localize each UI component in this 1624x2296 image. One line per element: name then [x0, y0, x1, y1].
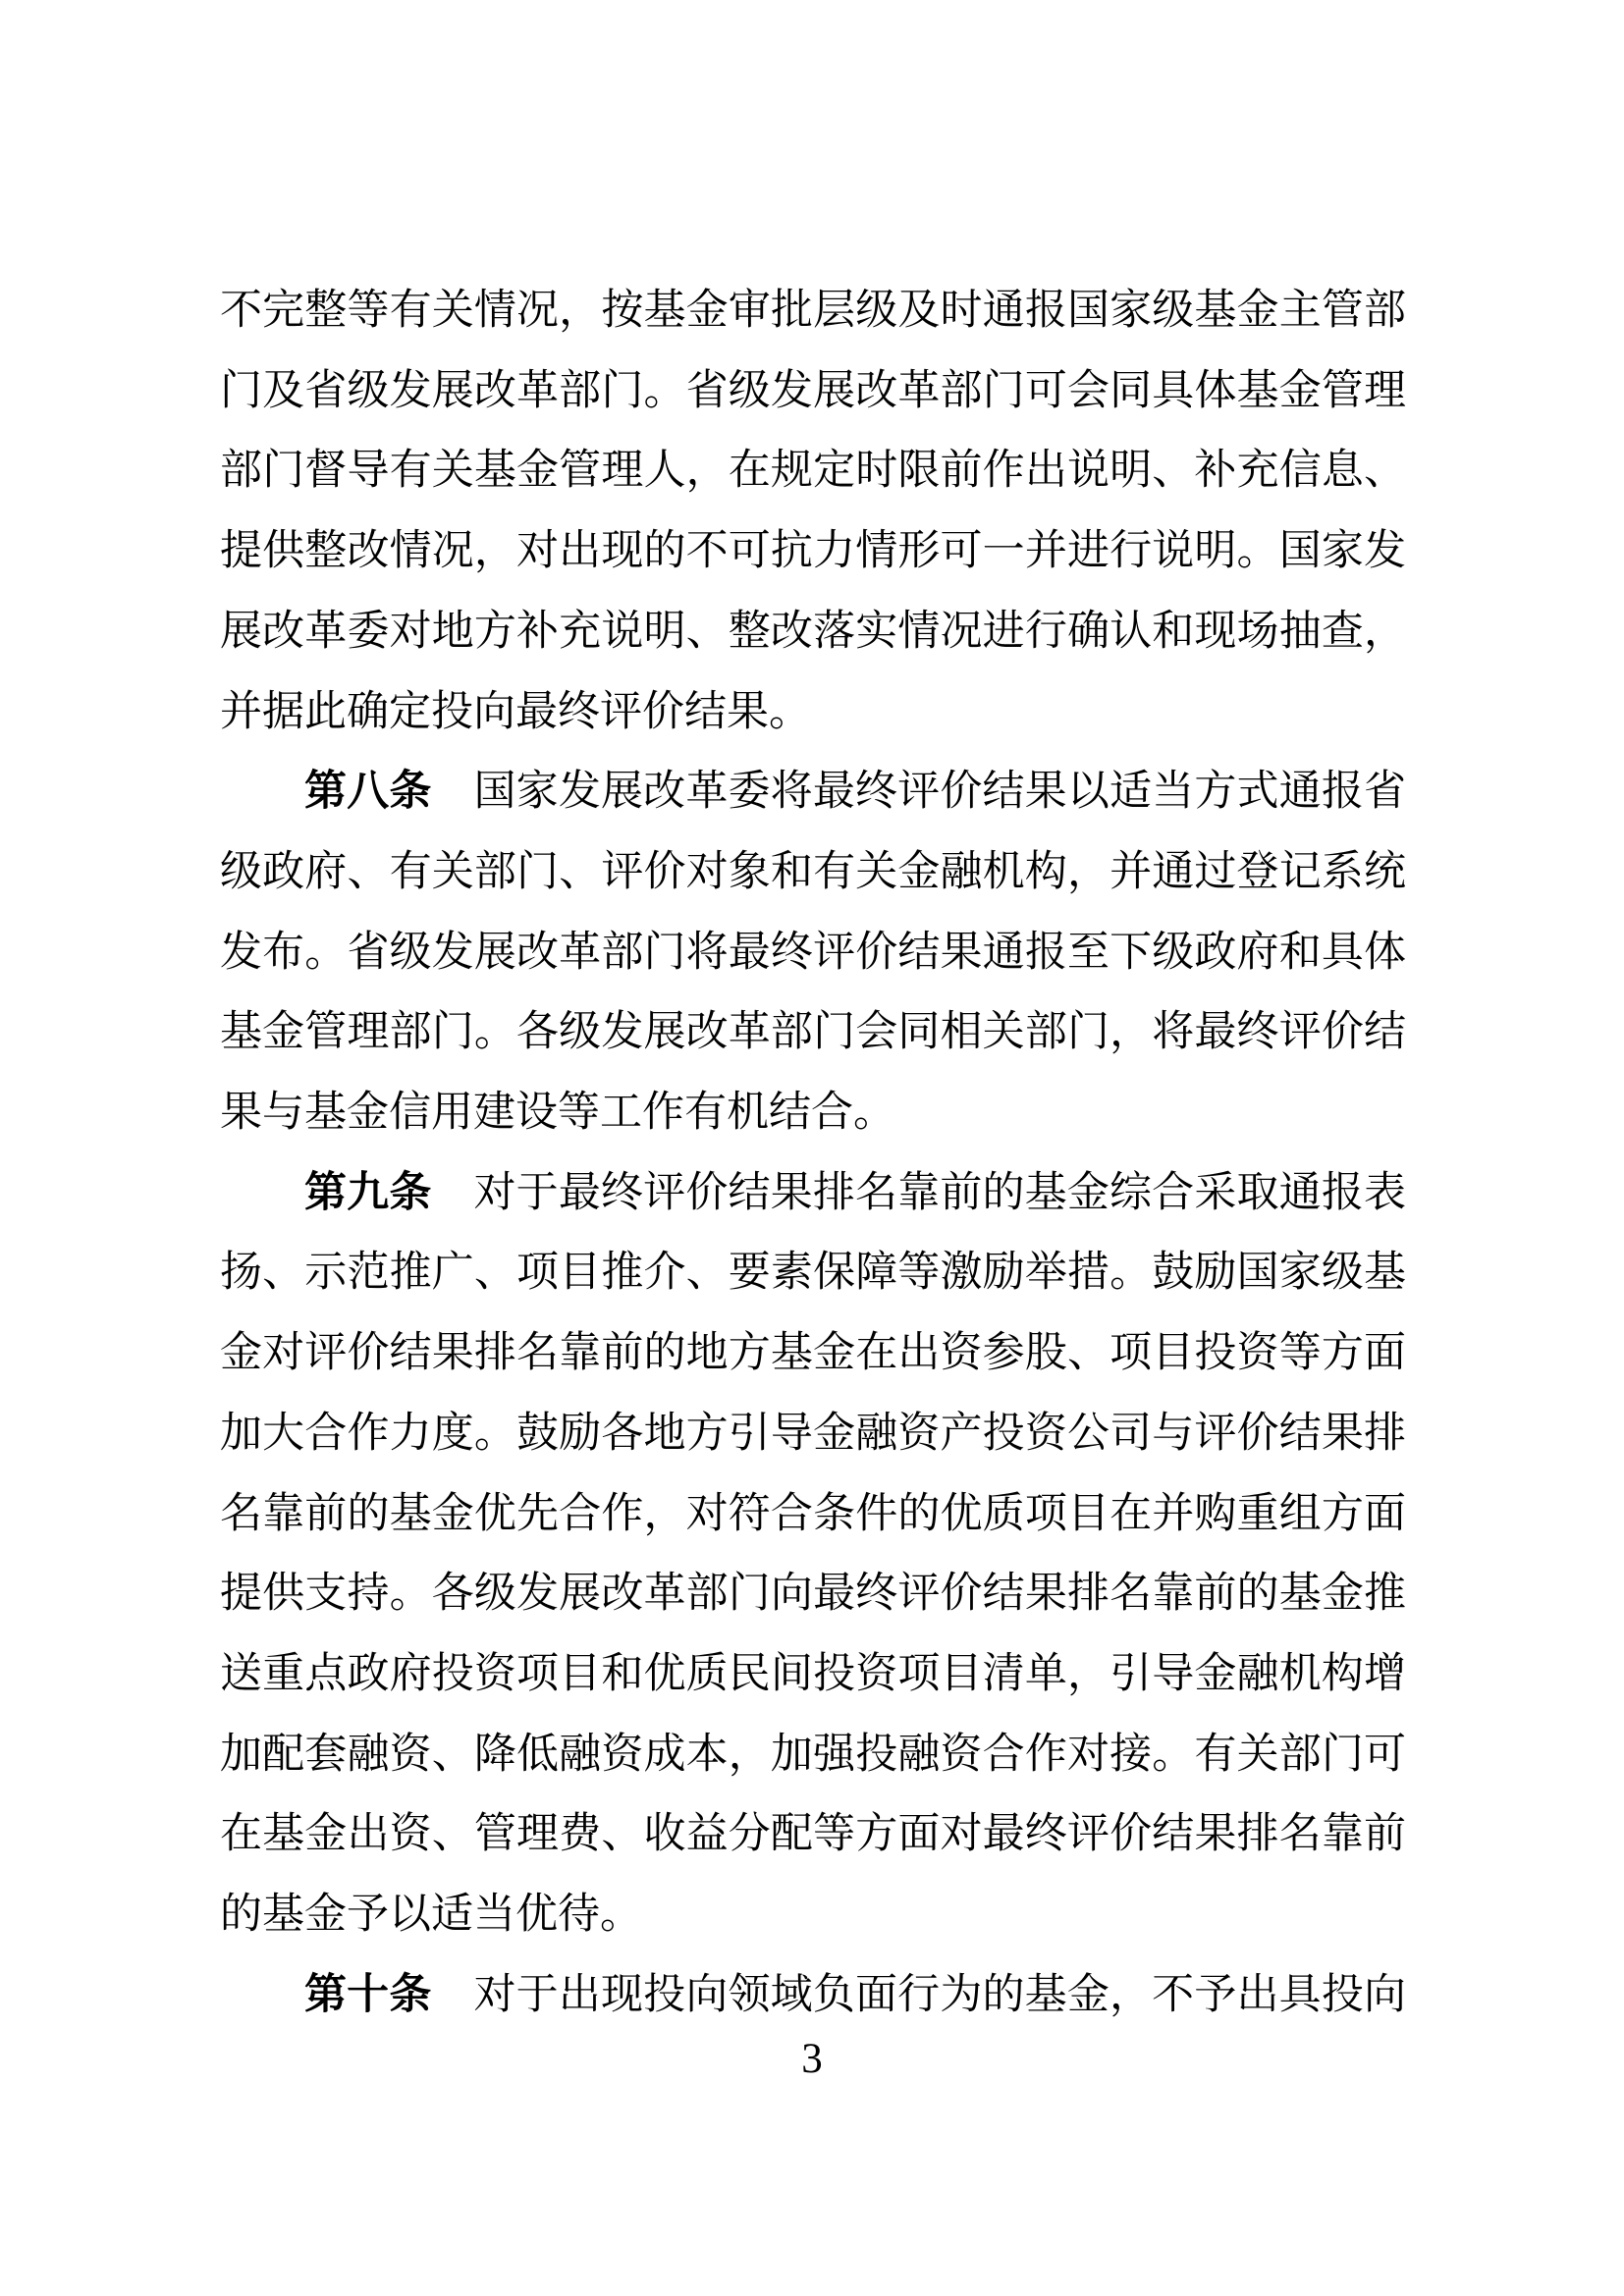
- paragraph-article-10: 第十条对于出现投向领域负面行为的基金，不予出具投向: [220, 1955, 1406, 2036]
- article-heading: 第九条: [304, 1169, 432, 1216]
- paragraph-article-9: 第九条对于最终评价结果排名靠前的基金综合采取通报表扬、示范推广、项目推介、要素保…: [220, 1153, 1406, 1955]
- paragraph-text: 国家发展改革委将最终评价结果以适当方式通报省级政府、有关部门、评价对象和有关金融…: [220, 769, 1406, 1136]
- article-heading: 第八条: [304, 768, 432, 815]
- document-body: 不完整等有关情况，按基金审批层级及时通报国家级基金主管部门及省级发展改革部门。省…: [220, 271, 1406, 2035]
- paragraph-text: 对于最终评价结果排名靠前的基金综合采取通报表扬、示范推广、项目推介、要素保障等激…: [220, 1170, 1406, 1938]
- paragraph-continuation: 不完整等有关情况，按基金审批层级及时通报国家级基金主管部门及省级发展改革部门。省…: [220, 271, 1406, 752]
- paragraph-text: 对于出现投向领域负面行为的基金，不予出具投向: [474, 1972, 1407, 2018]
- paragraph-text: 不完整等有关情况，按基金审批层级及时通报国家级基金主管部门及省级发展改革部门。省…: [220, 288, 1406, 735]
- paragraph-article-8: 第八条国家发展改革委将最终评价结果以适当方式通报省级政府、有关部门、评价对象和有…: [220, 752, 1406, 1153]
- document-page: 不完整等有关情况，按基金审批层级及时通报国家级基金主管部门及省级发展改革部门。省…: [0, 0, 1624, 2296]
- article-heading: 第十条: [304, 1971, 432, 2018]
- page-number: 3: [0, 2038, 1624, 2080]
